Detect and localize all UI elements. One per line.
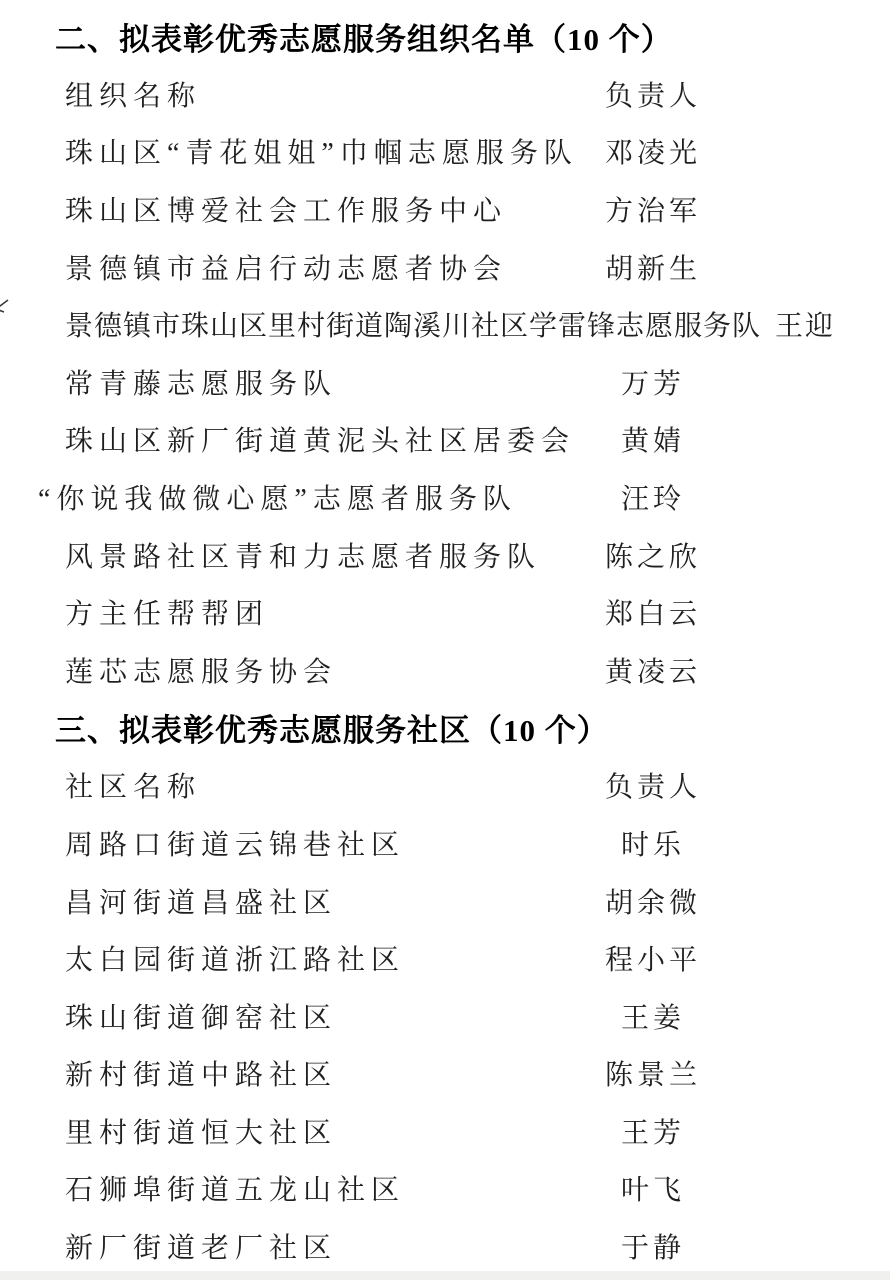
row-name-cell: 风景路社区青和力志愿者服务队 <box>65 535 605 575</box>
table-row: 珠山区“青花姐姐”巾帼志愿服务队邓凌光 <box>0 123 890 181</box>
row-name-cell: 周路口街道云锦巷社区 <box>65 823 605 863</box>
section-communities-title: 三、拟表彰优秀志愿服务社区（10 个） <box>0 699 890 757</box>
organizations-person-column-header: 负责人 <box>605 74 701 114</box>
row-person-cell: 陈景兰 <box>605 1053 701 1093</box>
table-row: 珠山区新厂街道黄泥头社区居委会黄婧 <box>0 411 890 469</box>
table-row: 珠山区博爱社会工作服务中心方治军 <box>0 180 890 238</box>
row-person-cell: 汪玲 <box>605 477 701 517</box>
row-person-cell: 黄婧 <box>605 419 701 459</box>
bottom-page-edge-strip <box>0 1271 890 1280</box>
row-name-cell: 里村街道恒大社区 <box>65 1111 605 1151</box>
row-person-cell: 万芳 <box>605 362 701 402</box>
row-person-cell: 时乐 <box>605 823 701 863</box>
document-page: 二、拟表彰优秀志愿服务组织名单（10 个） 组织名称 负责人 珠山区“青花姐姐”… <box>0 0 890 1280</box>
table-row: 石狮埠街道五龙山社区叶飞 <box>0 1160 890 1218</box>
table-row: 里村街道恒大社区王芳 <box>0 1102 890 1160</box>
table-row: 风景路社区青和力志愿者服务队陈之欣 <box>0 526 890 584</box>
organizations-header-row: 组织名称 负责人 <box>0 65 890 123</box>
communities-header-row: 社区名称 负责人 <box>0 757 890 815</box>
section-organizations: 二、拟表彰优秀志愿服务组织名单（10 个） 组织名称 负责人 珠山区“青花姐姐”… <box>0 7 890 699</box>
table-row: 景德镇市珠山区里村街道陶溪川社区学雷锋志愿服务队王迎 <box>0 295 890 353</box>
table-row: 方主任帮帮团郑白云 <box>0 583 890 641</box>
row-name-cell: 珠山区博爱社会工作服务中心 <box>65 189 605 229</box>
table-row: 昌河街道昌盛社区胡余微 <box>0 872 890 930</box>
table-row: 珠山街道御窑社区王姜 <box>0 987 890 1045</box>
row-name-cell: 新村街道中路社区 <box>65 1053 605 1093</box>
row-person-cell: 王芳 <box>605 1111 701 1151</box>
row-name-cell: 珠山区新厂街道黄泥头社区居委会 <box>65 419 605 459</box>
row-person-cell: 郑白云 <box>605 592 701 632</box>
row-name-cell: 莲芯志愿服务协会 <box>65 650 605 690</box>
table-row: 常青藤志愿服务队万芳 <box>0 353 890 411</box>
row-name-cell: 方主任帮帮团 <box>65 592 605 632</box>
row-name-cell: 珠山区“青花姐姐”巾帼志愿服务队 <box>65 131 605 171</box>
section-communities: 三、拟表彰优秀志愿服务社区（10 个） 社区名称 负责人 周路口街道云锦巷社区时… <box>0 699 890 1275</box>
table-row: 新村街道中路社区陈景兰 <box>0 1045 890 1103</box>
row-name-cell: 景德镇市珠山区里村街道陶溪川社区学雷锋志愿服务队 <box>65 304 761 344</box>
table-row: 莲芯志愿服务协会黄凌云 <box>0 641 890 699</box>
table-row: 太白园街道浙江路社区程小平 <box>0 929 890 987</box>
row-person-cell: 邓凌光 <box>605 131 701 171</box>
row-person-cell: 王姜 <box>605 996 701 1036</box>
organizations-rows: 珠山区“青花姐姐”巾帼志愿服务队邓凌光珠山区博爱社会工作服务中心方治军景德镇市益… <box>0 123 890 699</box>
row-name-cell: “你说我做微心愿”志愿者服务队 <box>38 477 605 517</box>
communities-name-column-header: 社区名称 <box>65 765 605 805</box>
row-name-cell: 太白园街道浙江路社区 <box>65 938 605 978</box>
table-row: 新厂街道老厂社区于静 <box>0 1217 890 1275</box>
row-name-cell: 新厂街道老厂社区 <box>65 1226 605 1266</box>
section-organizations-title: 二、拟表彰优秀志愿服务组织名单（10 个） <box>0 7 890 65</box>
row-person-cell: 程小平 <box>605 938 701 978</box>
table-row: 景德镇市益启行动志愿者协会胡新生 <box>0 238 890 296</box>
table-row: “你说我做微心愿”志愿者服务队汪玲 <box>0 468 890 526</box>
organizations-name-column-header: 组织名称 <box>65 74 605 114</box>
row-name-cell: 常青藤志愿服务队 <box>65 362 605 402</box>
table-row: 周路口街道云锦巷社区时乐 <box>0 814 890 872</box>
row-person-cell: 王迎 <box>775 304 835 344</box>
row-person-cell: 于静 <box>605 1226 701 1266</box>
row-person-cell: 胡新生 <box>605 247 701 287</box>
row-name-cell: 珠山街道御窑社区 <box>65 996 605 1036</box>
row-person-cell: 陈之欣 <box>605 535 701 575</box>
row-name-cell: 景德镇市益启行动志愿者协会 <box>65 247 605 287</box>
row-name-cell: 石狮埠街道五龙山社区 <box>65 1168 605 1208</box>
row-name-cell: 昌河街道昌盛社区 <box>65 881 605 921</box>
communities-rows: 周路口街道云锦巷社区时乐昌河街道昌盛社区胡余微太白园街道浙江路社区程小平珠山街道… <box>0 814 890 1275</box>
row-person-cell: 黄凌云 <box>605 650 701 690</box>
row-person-cell: 方治军 <box>605 189 701 229</box>
communities-person-column-header: 负责人 <box>605 765 701 805</box>
row-person-cell: 胡余微 <box>605 881 701 921</box>
row-person-cell: 叶飞 <box>605 1168 701 1208</box>
